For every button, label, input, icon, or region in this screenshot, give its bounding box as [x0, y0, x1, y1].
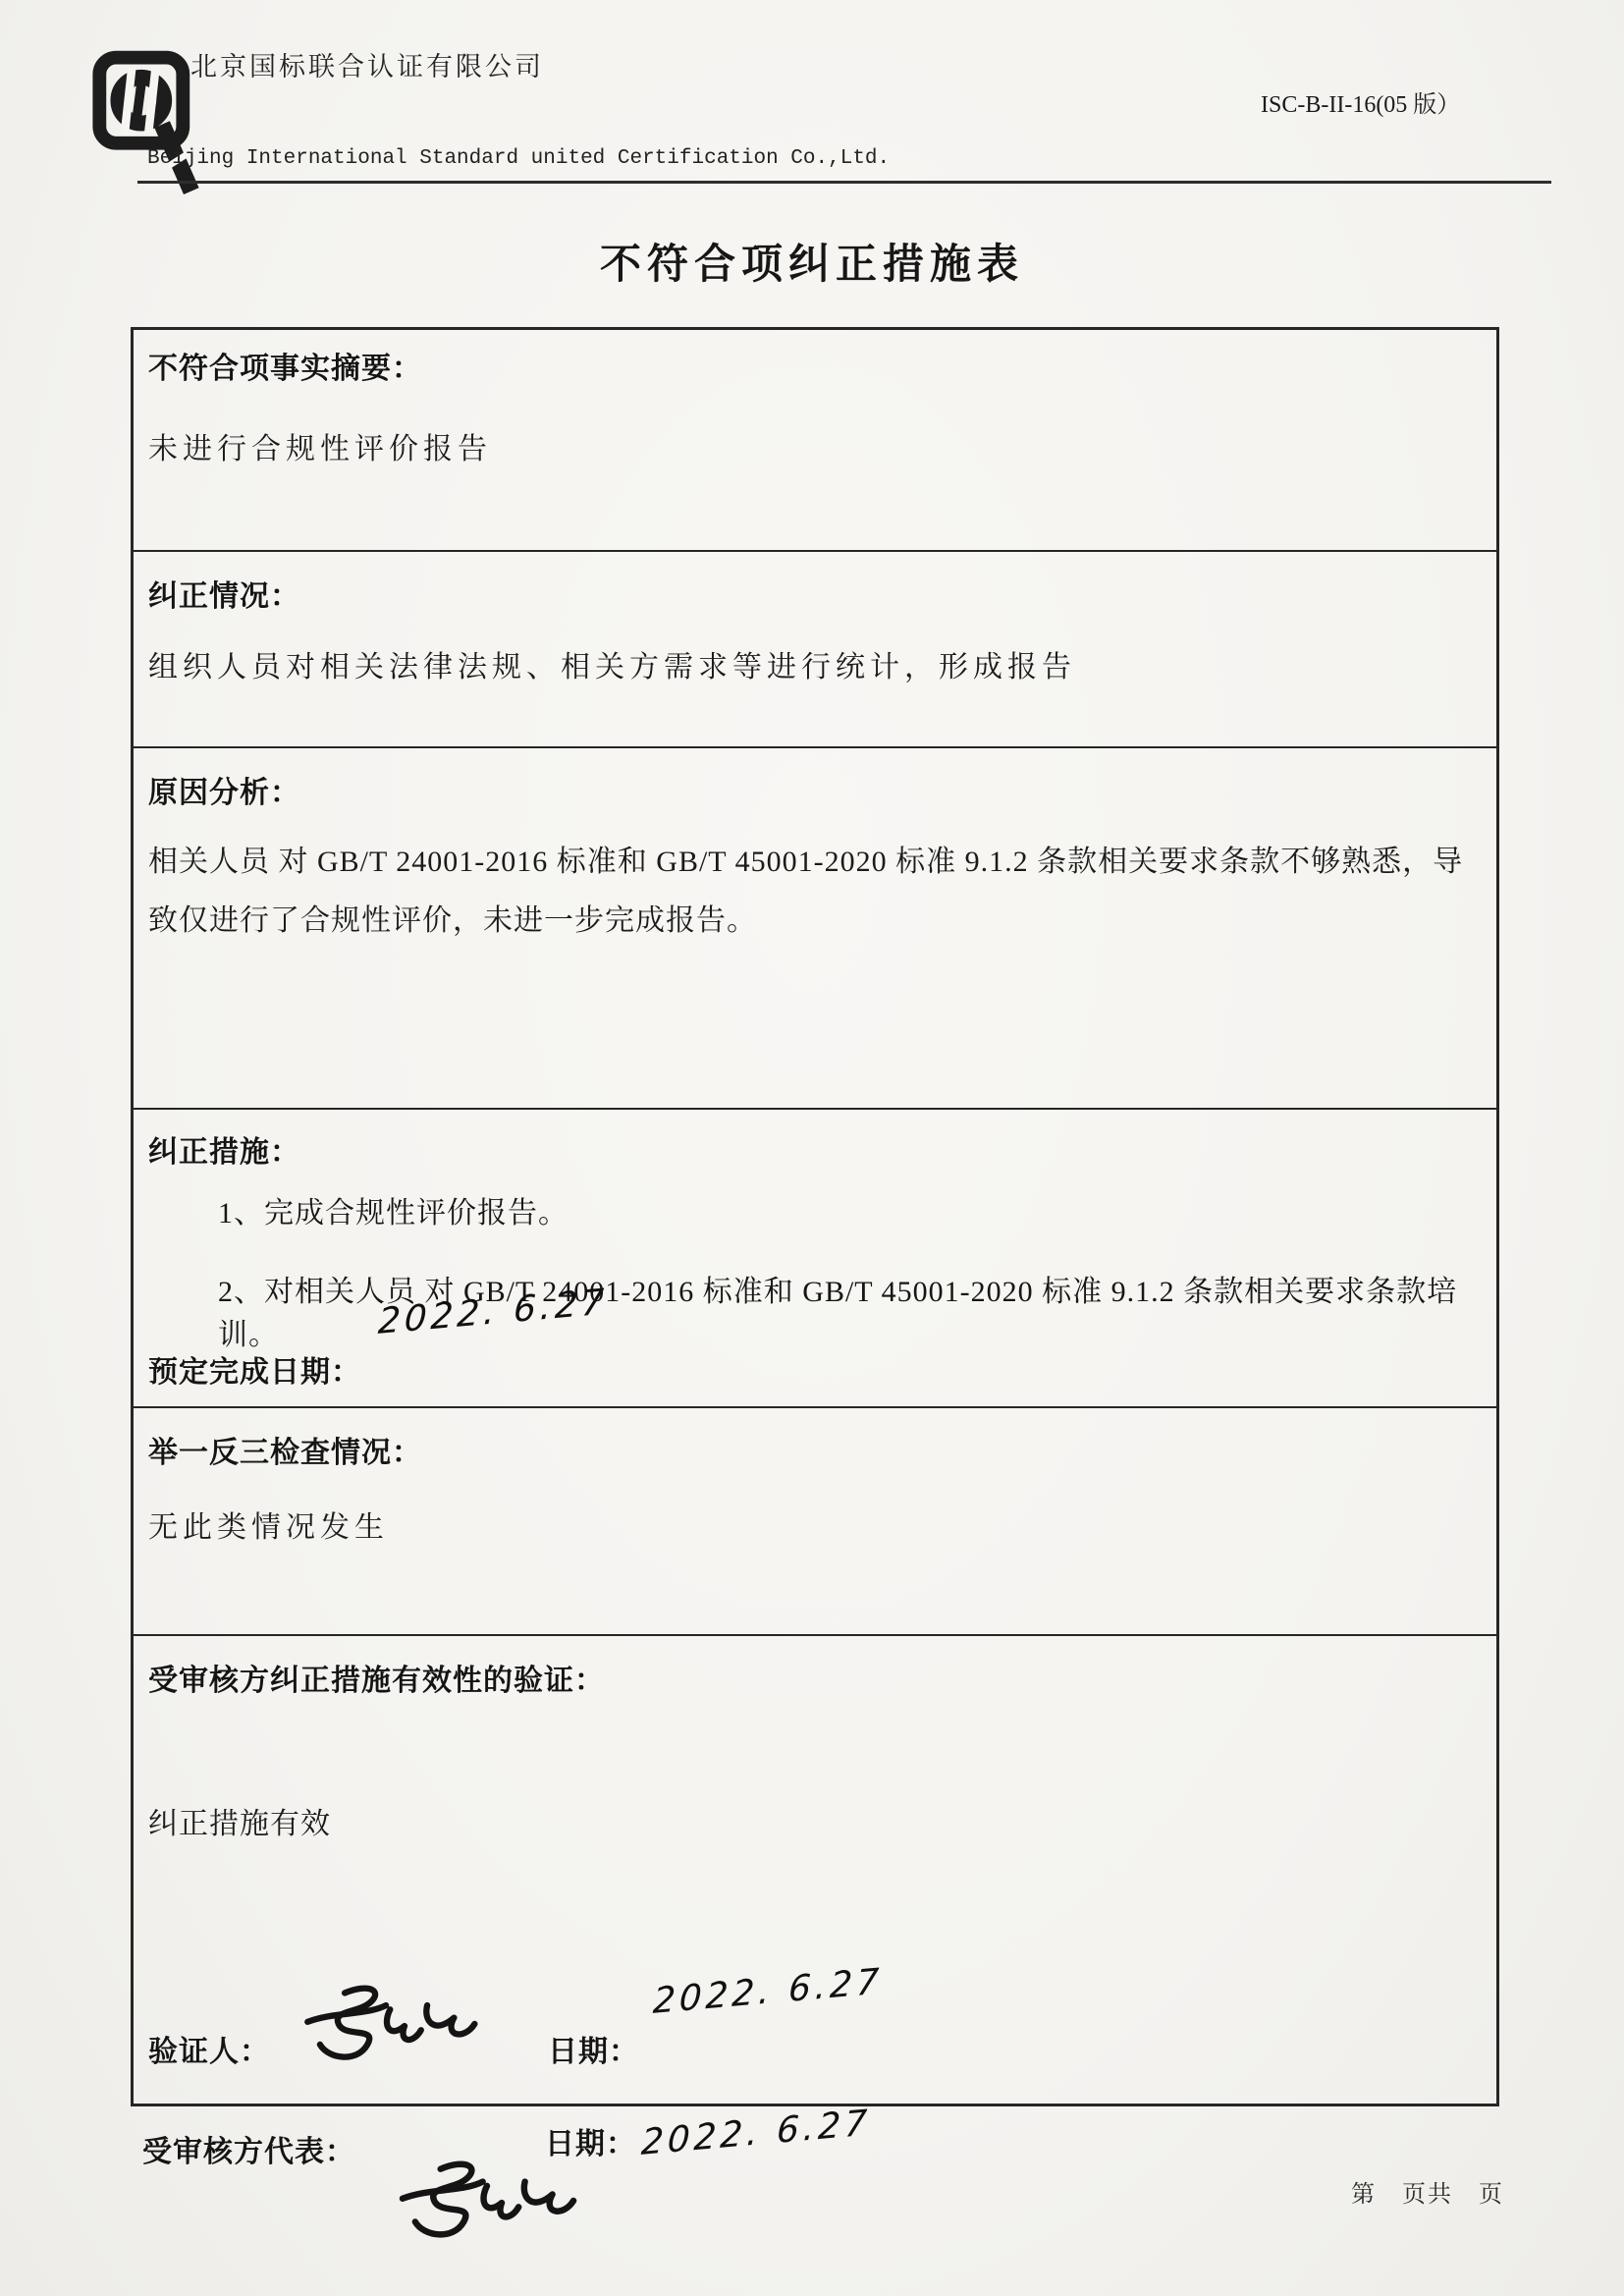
corrective-action-table: 不符合项事实摘要： 未进行合规性评价报告 纠正情况： 组织人员对相关法律法规、相…: [131, 327, 1499, 2106]
row-verification: 受审核方纠正措施有效性的验证： 纠正措施有效 验证人： 日期： 2022. 6.…: [134, 1634, 1496, 2104]
summary-content: 未进行合规性评价报告: [148, 420, 1483, 479]
form-title: 不符合项纠正措施表: [0, 232, 1624, 291]
verification-content: 纠正措施有效: [148, 1795, 1483, 1854]
verifier-label: 验证人：: [148, 2027, 270, 2070]
verification-label: 受审核方纠正措施有效性的验证：: [148, 1656, 605, 1699]
header-divider: [137, 181, 1551, 184]
due-date-label: 预定完成日期：: [148, 1347, 361, 1391]
row-cause-analysis: 原因分析： 相关人员 对 GB/T 24001-2016 标准和 GB/T 45…: [134, 746, 1496, 1108]
row-nonconformity-summary: 不符合项事实摘要： 未进行合规性评价报告: [134, 330, 1496, 550]
page-number-note: 第 页共 页: [1351, 2174, 1504, 2209]
extended-check-content: 无此类情况发生: [148, 1499, 1483, 1558]
auditee-date-label: 日期：: [545, 2119, 636, 2162]
verification-date-label: 日期：: [548, 2027, 639, 2070]
verification-date-handwritten-value: 2022. 6.27: [652, 1961, 884, 2022]
company-name-cn: 北京国标联合认证有限公司: [190, 45, 544, 83]
scanned-form-page: 北京国标联合认证有限公司 Beijing International Stand…: [0, 0, 1624, 2296]
row-correction-status: 纠正情况： 组织人员对相关法律法规、相关方需求等进行统计，形成报告: [134, 550, 1496, 746]
row-extended-check: 举一反三检查情况： 无此类情况发生: [134, 1406, 1496, 1634]
document-number: ISC-B-II-16(05 版）: [1261, 84, 1460, 119]
cause-analysis-content: 相关人员 对 GB/T 24001-2016 标准和 GB/T 45001-20…: [148, 833, 1483, 951]
auditee-date-handwritten-value: 2022. 6.27: [640, 2103, 872, 2163]
corrective-actions-label: 纠正措施：: [148, 1127, 300, 1171]
verifier-handwritten-signature: [281, 1978, 487, 2072]
certification-body-logo-icon: [86, 47, 202, 214]
auditee-handwritten-signature: [375, 2153, 586, 2251]
correction-content: 组织人员对相关法律法规、相关方需求等进行统计，形成报告: [148, 638, 1483, 697]
corrective-action-item: 1、完成合规性评价报告。: [218, 1188, 1487, 1231]
auditee-representative-label: 受审核方代表：: [142, 2127, 355, 2170]
extended-check-label: 举一反三检查情况：: [148, 1428, 422, 1471]
correction-label: 纠正情况：: [148, 572, 300, 615]
row-corrective-actions: 纠正措施： 1、完成合规性评价报告。 2、对相关人员 对 GB/T 24001-…: [134, 1108, 1496, 1406]
cause-analysis-label: 原因分析：: [148, 768, 300, 811]
company-name-en: Beijing International Standard united Ce…: [147, 147, 890, 170]
summary-label: 不符合项事实摘要：: [148, 344, 422, 387]
